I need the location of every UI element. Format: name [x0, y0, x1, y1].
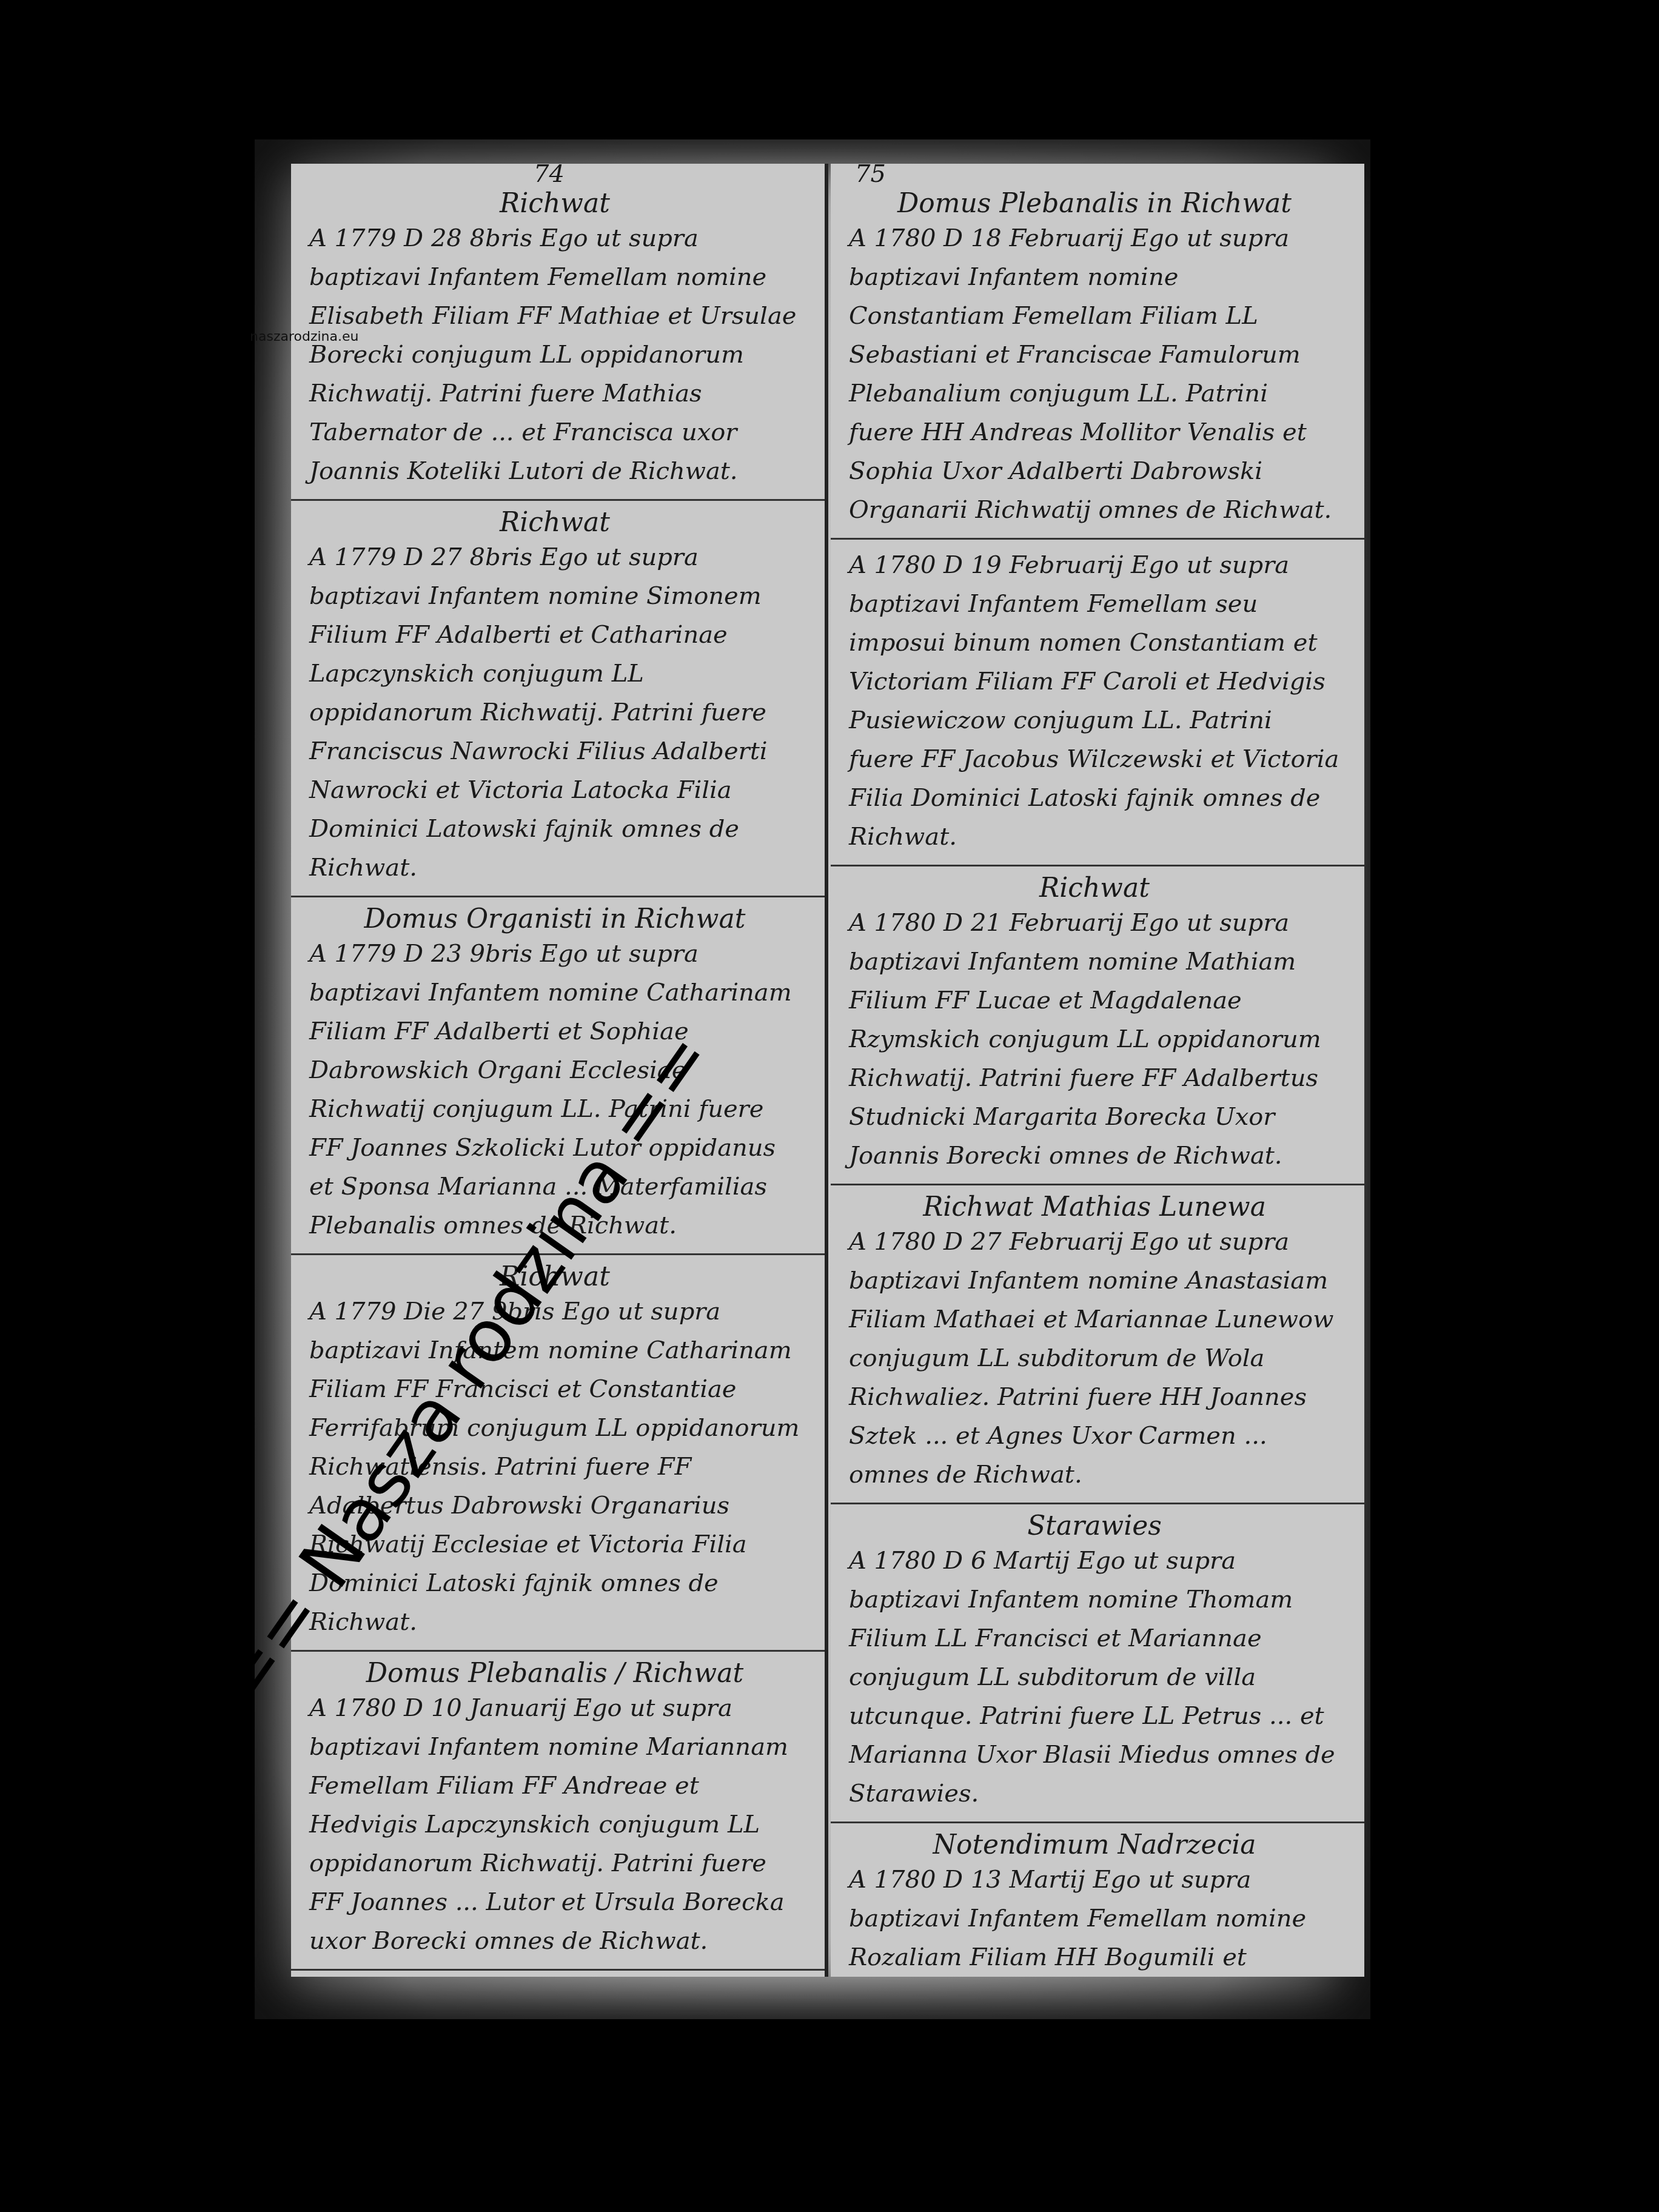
entry-heading: Richwat [309, 507, 800, 538]
entry-heading: Richwat [309, 188, 800, 219]
entry-text: A 1780 D 27 Februarij Ego ut supra bapti… [849, 1222, 1340, 1494]
entry-heading: Domus Organisti in Richwat [309, 903, 800, 934]
page-number-left: 74 [534, 164, 565, 188]
entry-text: A 1780 D 18 Februarij Ego ut supra bapti… [849, 219, 1340, 529]
register-entry: RichwatA 1780 D 21 Februarij Ego ut supr… [831, 866, 1364, 1185]
right-page: 75 Domus Plebanalis in RichwatA 1780 D 1… [831, 164, 1364, 1977]
register-entry: Domus Plebanalis / RichwatA 1780 D 10 Ja… [291, 1652, 825, 1971]
register-entry: Notendimum NadrzeciaA 1780 D 13 Martij E… [831, 1823, 1364, 1977]
entry-heading: Notendimum Nadrzecia [849, 1829, 1340, 1860]
entry-text: A 1779 D 28 8bris Ego ut supra baptizavi… [309, 219, 800, 491]
register-entry: Richwat Mathias LunewaA 1780 D 27 Februa… [831, 1185, 1364, 1504]
entry-heading: Domus Plebanalis in Richwat [849, 188, 1340, 219]
entry-text: A 1780 D 10 Januarij Ego ut supra baptiz… [309, 1689, 800, 1960]
entry-text: A 1780 D 19 Februarij Ego ut supra bapti… [849, 546, 1340, 856]
register-entry: Domus Plebanalis in RichwatA 1780 D 18 F… [831, 182, 1364, 540]
entry-text: A 1780 D 13 Martij Ego ut supra baptizav… [849, 1860, 1340, 1977]
site-watermark: naszarodzina.eu [250, 329, 358, 344]
book-gutter [825, 164, 828, 1977]
entry-heading: Domus Plebanalis / Richwat [309, 1658, 800, 1689]
entry-heading: Richwat [849, 873, 1340, 903]
page-number-right: 75 [855, 164, 886, 188]
entry-text: A 1780 D 21 Februarij Ego ut supra bapti… [849, 903, 1340, 1175]
entry-text: A 1779 D 27 8bris Ego ut supra baptizavi… [309, 538, 800, 887]
entry-heading: Starawies [849, 1510, 1340, 1541]
entry-text: A 1780 D 6 Martij Ego ut supra baptizavi… [849, 1541, 1340, 1813]
register-entry: StarawiesA 1780 D 6 Martij Ego ut supra … [831, 1504, 1364, 1823]
register-entry: RichwatA 1779 D 27 8bris Ego ut supra ba… [291, 501, 825, 897]
left-page: 74 RichwatA 1779 D 28 8bris Ego ut supra… [291, 164, 825, 1977]
register-entry: A 1780 D 19 Februarij Ego ut supra bapti… [831, 540, 1364, 866]
register-entry: RichwatA 1779 D 28 8bris Ego ut supra ba… [291, 182, 825, 501]
entry-heading: Richwat Mathias Lunewa [849, 1191, 1340, 1222]
